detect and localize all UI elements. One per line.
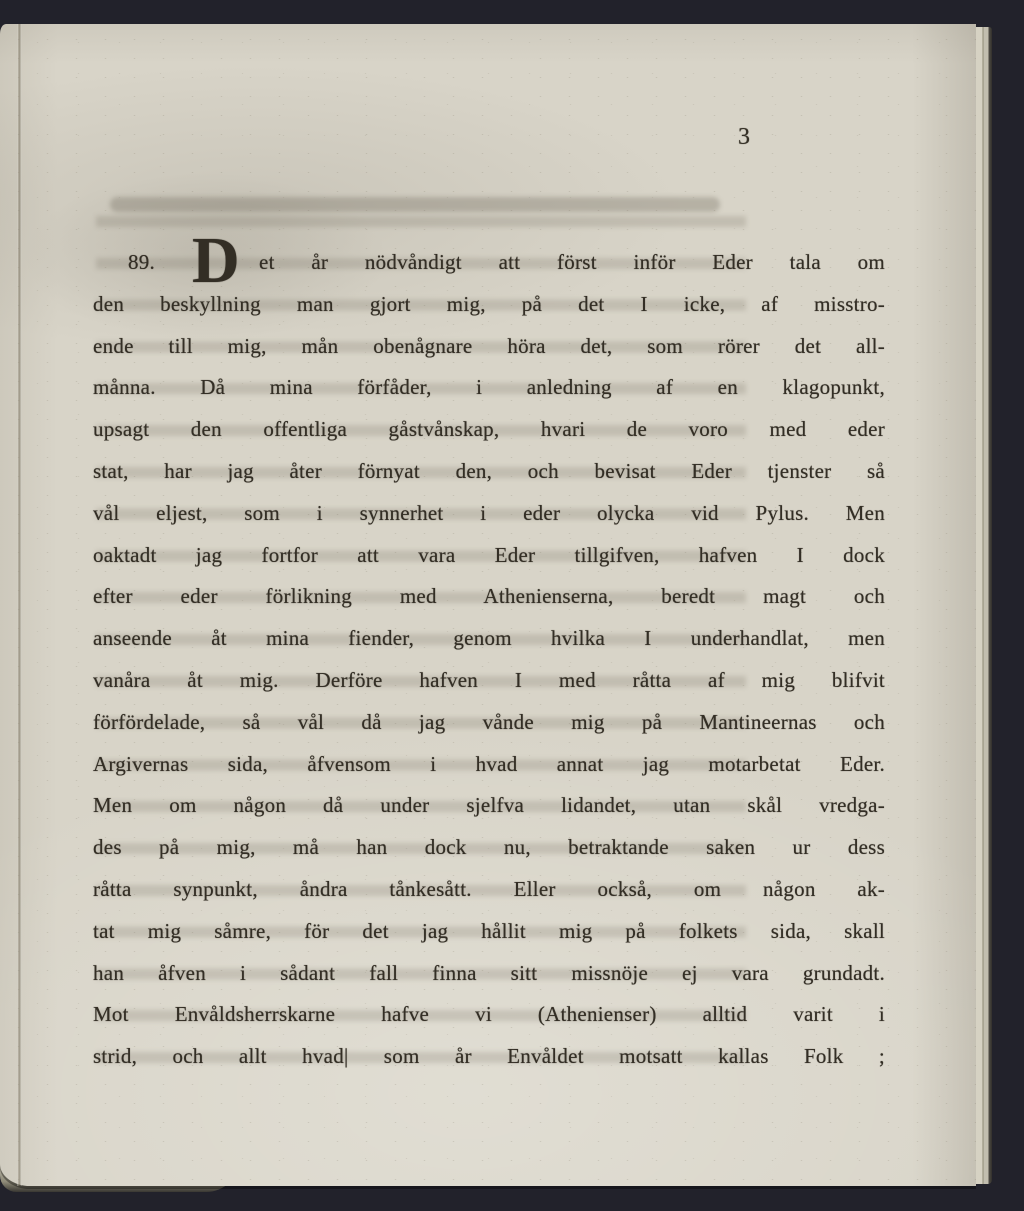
text-line: månna. Då mina förfåder, i anledning af … [93,367,885,409]
text-line: vanåra åt mig. Derföre hafven I med rått… [93,660,885,702]
book-scan: 3 89. D et år nödvåndigt att först inför… [0,0,1024,1211]
text-line: upsagt den offentliga gåstvånskap, hvari… [93,409,885,451]
text-line: vål eljest, som i synnerhet i eder olyck… [93,493,885,535]
body-text: 89. D et år nödvåndigt att först inför E… [93,242,885,1078]
bleed-through-line [110,197,720,212]
page-number: 3 [738,124,750,151]
text-line: 89. D et år nödvåndigt att först inför E… [93,242,885,284]
text-line: des på mig, må han dock nu, betraktande … [93,827,885,869]
text-line: Men om någon då under sjelfva lidandet, … [93,785,885,827]
drop-cap-initial: D [192,233,240,289]
text-line: strid, och allt hvad| som år Envåldet mo… [93,1036,885,1078]
binding-crease [17,24,22,1186]
text-line: tat mig såmre, för det jag hållit mig på… [93,911,885,953]
text-line: oaktadt jag fortfor att vara Eder tillgi… [93,535,885,577]
text-line: anseende åt mina fiender, genom hvilka I… [93,618,885,660]
paragraph-number: 89. [128,242,155,284]
text-line: ende till mig, mån obenågnare höra det, … [93,326,885,368]
text-line: Mot Envåldsherrskarne hafve vi (Athenien… [93,994,885,1036]
text-line: Argivernas sida, åfvensom i hvad annat j… [93,744,885,786]
text-line: förfördelade, så vål då jag vånde mig på… [93,702,885,744]
book-page: 3 89. D et år nödvåndigt att först inför… [0,24,976,1186]
text-line-content: et år nödvåndigt att först inför Eder ta… [259,242,885,284]
text-line: efter eder förlikning med Athenienserna,… [93,576,885,618]
text-line: han åfven i sådant fall finna sitt missn… [93,953,885,995]
text-line: råtta synpunkt, åndra tånkesått. Eller o… [93,869,885,911]
text-line: stat, har jag åter förnyat den, och bevi… [93,451,885,493]
